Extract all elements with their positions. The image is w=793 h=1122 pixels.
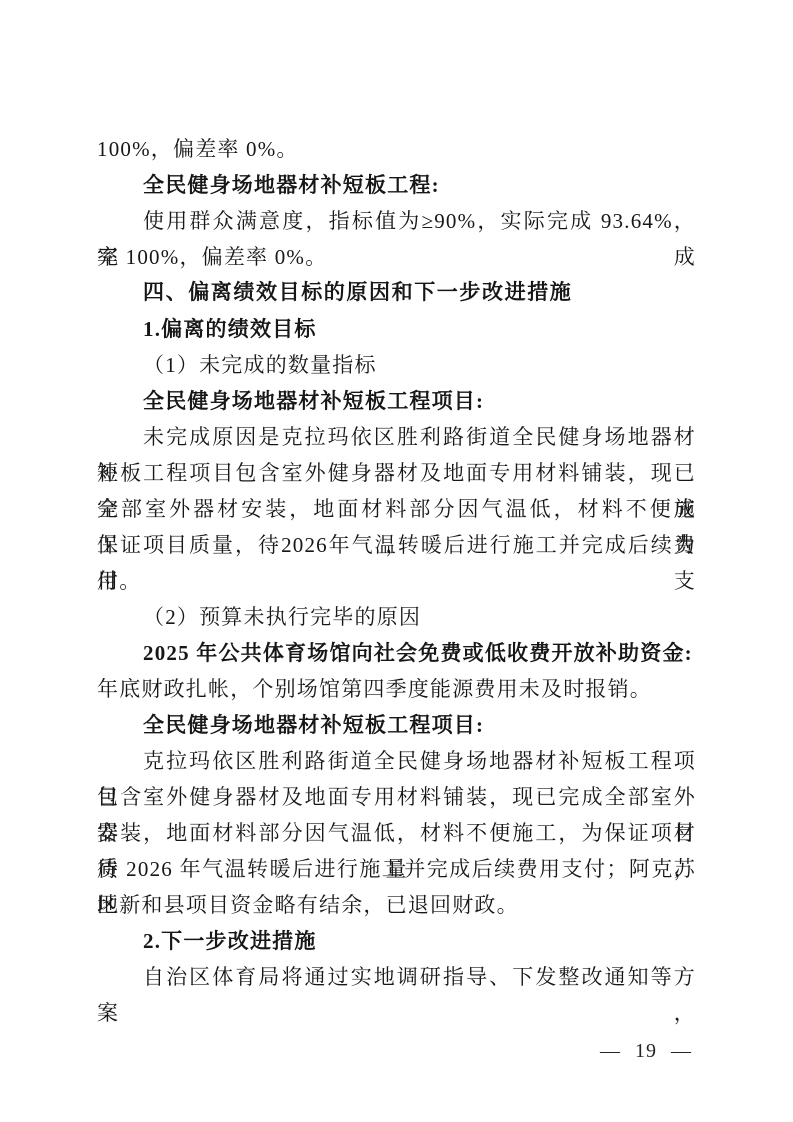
document-line: 2025 年公共体育场馆向社会免费或低收费开放补助资金: xyxy=(97,635,696,671)
page-number: — 19 — xyxy=(600,1040,692,1063)
document-line: （2）预算未执行完毕的原因 xyxy=(97,599,696,635)
document-line: 四、偏离绩效目标的原因和下一步改进措施 xyxy=(97,275,696,311)
document-line: 全民健身场地器材补短板工程: xyxy=(97,167,696,203)
document-line: 年底财政扎帐，个别场馆第四季度能源费用未及时报销。 xyxy=(97,671,696,707)
document-line: 短板工程项目包含室外健身器材及地面专用材料铺装，现已完成 xyxy=(97,455,696,491)
document-page: 100%，偏差率 0%。全民健身场地器材补短板工程:使用群众满意度，指标值为≥9… xyxy=(0,0,793,1122)
document-line: 包含室外健身器材及地面专用材料铺装，现已完成全部室外器材 xyxy=(97,779,696,815)
document-line: 全民健身场地器材补短板工程项目: xyxy=(97,707,696,743)
document-line: 100%，偏差率 0%。 xyxy=(97,131,696,167)
document-line: 安装，地面材料部分因气温低，材料不便施工，为保证项目质量， xyxy=(97,815,696,851)
document-line: 全民健身场地器材补短板工程项目: xyxy=(97,383,696,419)
document-line: 全部室外器材安装，地面材料部分因气温低，材料不便施工，为 xyxy=(97,491,696,527)
document-line: 2.下一步改进措施 xyxy=(97,923,696,959)
document-line: 待 2026 年气温转暖后进行施工并完成后续费用支付；阿克苏地 xyxy=(97,851,696,887)
document-line: 使用群众满意度，指标值为≥90%，实际完成 93.64%，完成 xyxy=(97,203,696,239)
document-line: 保证项目质量，待2026年气温转暖后进行施工并完成后续费用支 xyxy=(97,527,696,563)
document-line: 自治区体育局将通过实地调研指导、下发整改通知等方案， xyxy=(97,959,696,995)
document-line: （1）未完成的数量指标 xyxy=(97,347,696,383)
document-line: 未完成原因是克拉玛依区胜利路街道全民健身场地器材补 xyxy=(97,419,696,455)
document-line: 区新和县项目资金略有结余，已退回财政。 xyxy=(97,887,696,923)
document-line: 克拉玛依区胜利路街道全民健身场地器材补短板工程项目 xyxy=(97,743,696,779)
document-line: 1.偏离的绩效目标 xyxy=(97,311,696,347)
document-body: 100%，偏差率 0%。全民健身场地器材补短板工程:使用群众满意度，指标值为≥9… xyxy=(97,131,696,995)
